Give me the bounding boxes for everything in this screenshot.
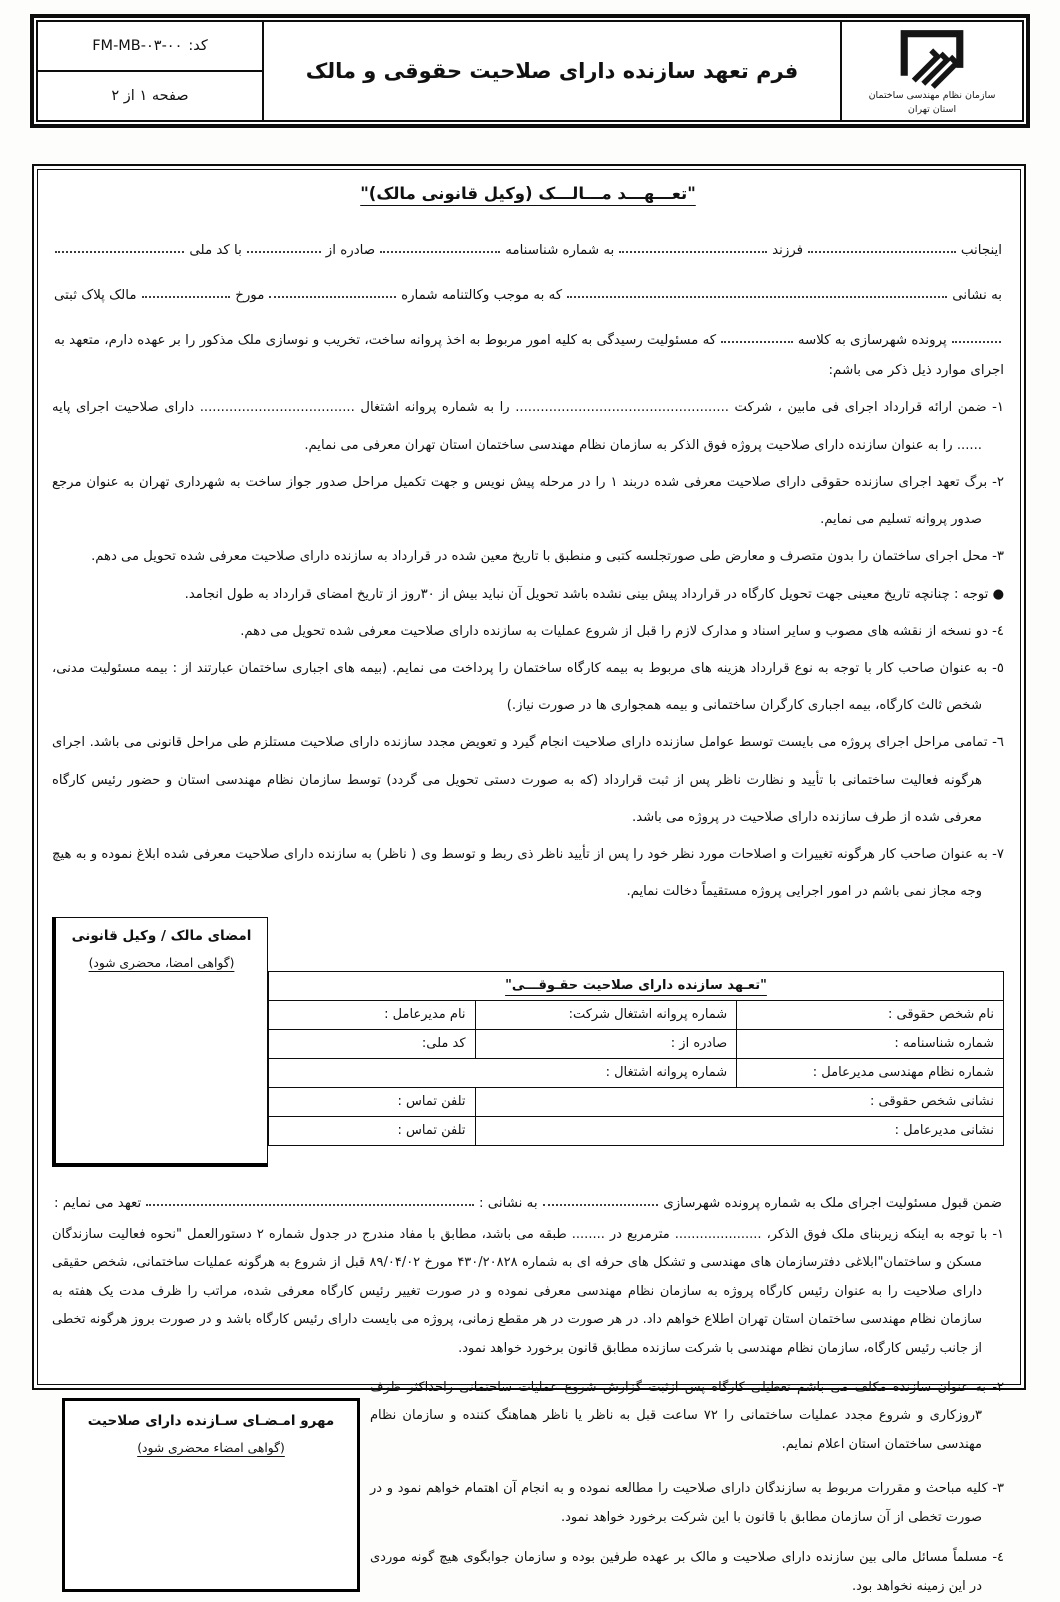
dotted-blank (142, 296, 231, 298)
owner-signature-title: امضای مالک / وکیل قانونی (56, 928, 267, 944)
list-item: ۳- محل اجرای ساختمان را بدون متصرف و معا… (52, 538, 1004, 575)
dotted-blank (952, 341, 1001, 343)
owner-signature-note: (گواهی امضا، محضری شود) (56, 956, 267, 970)
intro-line-2: به نشانیکه به موجب وکالتنامه شمارهمورخما… (52, 258, 1004, 303)
table-row: نشانی مدیرعامل :تلفن تماس : (269, 1116, 1004, 1145)
text-segment: مورخ (235, 288, 264, 303)
form-field-cell: نشانی شخص حقوقی : (475, 1087, 1003, 1116)
org-logo-icon (886, 25, 978, 89)
signature-and-table-row: "تعـهد سازنده دارای صلاحیت حقـوقـــی" نا… (52, 917, 1004, 1167)
owner-signature-box: امضای مالک / وکیل قانونی (گواهی امضا، مح… (52, 917, 268, 1167)
dotted-blank (543, 1204, 659, 1206)
dotted-blank (55, 251, 184, 253)
builder-side-items: ۲- به عنوان سازنده مکلف می باشم تعطیلی ک… (370, 1374, 1004, 1602)
form-field-cell: نشانی مدیرعامل : (475, 1116, 1003, 1145)
org-name-line1: سازمان نظام مهندسی ساختمان (869, 89, 996, 103)
text-segment: اینجانب (961, 243, 1002, 258)
text-segment: که به موجب وکالتنامه شماره (401, 288, 562, 303)
builder-stamp-box: مهرو امـضـای سـازنده دارای صلاحیت (گواهی… (62, 1398, 360, 1592)
list-item: ٥- به عنوان صاحب کار با توجه به نوع قرار… (52, 650, 1004, 724)
form-field-cell: نام مدیرعامل : (269, 1000, 476, 1029)
form-field-cell: صادره از : (475, 1029, 737, 1058)
header-logo-cell: سازمان نظام مهندسی ساختمان استان تهران (840, 22, 1022, 120)
builder-stamp-title: مهرو امـضـای سـازنده دارای صلاحیت (65, 1413, 357, 1429)
builder-item-full: ۱- با توجه به اینکه زیربنای ملک فوق الذک… (52, 1221, 1004, 1364)
text-segment: فرزند (772, 243, 803, 258)
form-field-cell: شماره نظام مهندسی مدیرعامل : (737, 1058, 1004, 1087)
intro-tail: اجرای موارد ذیل ذکر می باشم: (52, 356, 1004, 385)
text-segment: به نشانی : (479, 1196, 538, 1211)
form-field-cell: شماره شناسنامه : (737, 1029, 1004, 1058)
list-item: ۱- با توجه به اینکه زیربنای ملک فوق الذک… (52, 1221, 1004, 1364)
table-row: نشانی شخص حقوقی :تلفن تماس : (269, 1087, 1004, 1116)
header-title-cell: فرم تعهد سازنده دارای صلاحیت حقوقی و مال… (262, 22, 840, 120)
header-inner: سازمان نظام مهندسی ساختمان استان تهران ف… (36, 20, 1024, 122)
org-name-line2: استان تهران (869, 103, 996, 117)
builder-table-wrap: "تعـهد سازنده دارای صلاحیت حقـوقـــی" نا… (268, 971, 1004, 1167)
list-item: ۳- کلیه مباحث و مقررات مربوط به سازندگان… (370, 1475, 1004, 1532)
acceptance-line: ضمن قبول مسئولیت اجرای ملک به شماره پرون… (52, 1175, 1004, 1211)
owner-commitment-items: ۱- ضمن ارائه قرارداد اجرای فی مابین ، شر… (52, 389, 1004, 910)
main-box-inner: "تعـــهـــد مـــالـــک (وکیل قانونی مالک… (37, 169, 1021, 1385)
text-segment: ضمن قبول مسئولیت اجرای ملک به شماره پرون… (663, 1196, 1002, 1211)
form-field-cell: شماره پروانه اشتغال : (269, 1058, 737, 1087)
dotted-blank (721, 341, 793, 343)
table-row: نام شخص حقوقی :شماره پروانه اشتغال شرکت:… (269, 1000, 1004, 1029)
main-box: "تعـــهـــد مـــالـــک (وکیل قانونی مالک… (32, 164, 1026, 1390)
text-segment: به شماره شناسنامه (505, 243, 614, 258)
intro-line-3: پرونده شهرسازی به کلاسهکه مسئولیت رسیدگی… (52, 303, 1004, 348)
form-field-cell: نام شخص حقوقی : (737, 1000, 1004, 1029)
form-code-label: کد: (188, 38, 207, 54)
dotted-blank (247, 251, 321, 253)
list-item: ۲- به عنوان سازنده مکلف می باشم تعطیلی ک… (370, 1374, 1004, 1460)
dotted-blank (269, 296, 396, 298)
form-title: فرم تعهد سازنده دارای صلاحیت حقوقی و مال… (306, 59, 799, 83)
form-field-cell: تلفن تماس : (269, 1116, 476, 1145)
builder-commitment-section: ۱- با توجه به اینکه زیربنای ملک فوق الذک… (52, 1221, 1004, 1602)
page-number-row: صفحه ۱ از ۲ (38, 72, 262, 120)
list-item: ● توجه : چنانچه تاریخ معینی جهت تحویل کا… (52, 576, 1004, 613)
owner-commitment-title: "تعـــهـــد مـــالـــک (وکیل قانونی مالک… (52, 184, 1004, 203)
header-code-cell: کد: FM-MB-۰۳-۰۰ صفحه ۱ از ۲ (38, 22, 262, 120)
list-item: ٤- مسلماً مسائل مالی بین سازنده دارای صل… (370, 1544, 1004, 1601)
form-code-row: کد: FM-MB-۰۳-۰۰ (38, 22, 262, 72)
form-field-cell: شماره پروانه اشتغال شرکت: (475, 1000, 737, 1029)
text-segment: به نشانی (952, 288, 1002, 303)
text-segment: مالک پلاک ثبتی (54, 288, 137, 303)
builder-table-title: "تعـهد سازنده دارای صلاحیت حقـوقـــی" (269, 971, 1004, 1000)
dotted-blank (808, 251, 956, 253)
intro-line-1: اینجانبفرزندبه شماره شناسنامهصادره ازبا … (52, 213, 1004, 258)
builder-table-body: نام شخص حقوقی :شماره پروانه اشتغال شرکت:… (269, 1000, 1004, 1145)
dotted-blank (146, 1204, 474, 1206)
builder-info-table: "تعـهد سازنده دارای صلاحیت حقـوقـــی" نا… (268, 971, 1004, 1146)
list-item: ۲- برگ تعهد اجرای سازنده حقوقی دارای صلا… (52, 464, 1004, 538)
text-segment: پرونده شهرسازی به کلاسه (798, 333, 947, 348)
table-row: شماره شناسنامه :صادره از :کد ملی: (269, 1029, 1004, 1058)
header-table: سازمان نظام مهندسی ساختمان استان تهران ف… (30, 14, 1030, 128)
builder-stamp-note: (گواهی امضاء محضری شود) (65, 1441, 357, 1455)
list-item: ۷- به عنوان صاحب کار هرگونه تغییرات و اص… (52, 836, 1004, 910)
text-segment: صادره از (326, 243, 375, 258)
text-segment: که مسئولیت رسیدگی به کلیه امور مربوط به … (54, 333, 716, 348)
list-item: ٤- دو نسخه از نقشه های مصوب و سایر اسناد… (52, 613, 1004, 650)
form-field-cell: تلفن تماس : (269, 1087, 476, 1116)
dotted-blank (619, 251, 767, 253)
list-item: ٦- تمامی مراحل اجرای پروژه می بایست توسط… (52, 724, 1004, 836)
list-item: ۱- ضمن ارائه قرارداد اجرای فی مابین ، شر… (52, 389, 1004, 463)
text-segment: با کد ملی (189, 243, 242, 258)
table-row: شماره نظام مهندسی مدیرعامل :شماره پروانه… (269, 1058, 1004, 1087)
text-segment: تعهد می نمایم : (54, 1196, 141, 1211)
dotted-blank (567, 296, 947, 298)
page-number-label: صفحه ۱ از ۲ (111, 88, 188, 104)
form-page: { "header": { "code_label": "کد:", "code… (0, 0, 1060, 1500)
form-field-cell: کد ملی: (269, 1029, 476, 1058)
table-title-row: "تعـهد سازنده دارای صلاحیت حقـوقـــی" (269, 971, 1004, 1000)
form-code-value: FM-MB-۰۳-۰۰ (92, 38, 182, 54)
dotted-blank (380, 251, 500, 253)
org-name: سازمان نظام مهندسی ساختمان استان تهران (869, 89, 996, 118)
